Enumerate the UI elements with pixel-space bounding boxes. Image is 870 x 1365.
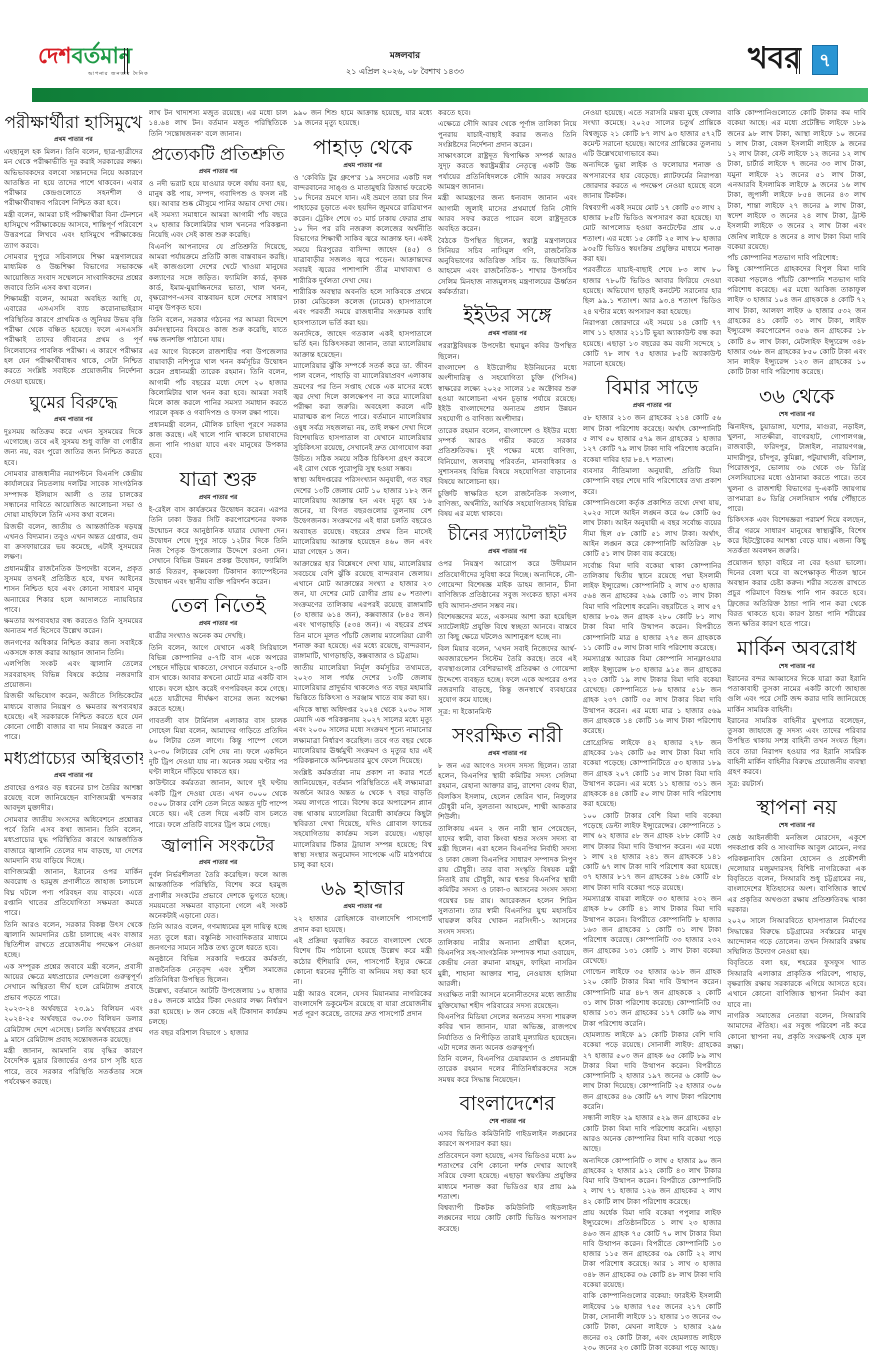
continued-from-label: প্রথম পাতার পর — [4, 414, 143, 425]
article-paragraph: ইরানের সামরিক বাহিনীর মুখপাত্র বলেছেন, ত… — [727, 716, 866, 778]
article-headline[interactable]: সংরক্ষিত নারী — [438, 722, 577, 748]
date-block: মঙ্গলবার ২১ এপ্রিল ২০২৬, ০৮ বৈশাখ ১৪৩৩ — [270, 48, 540, 79]
article-body: দুর্বল নির্ভরশীলতা তৈরি করেছিল। ফলে আজ আ… — [149, 870, 288, 1039]
article-paragraph: করতে হবে। — [438, 108, 577, 118]
logo-tagline: আপনার জনতার দৈনিক — [88, 71, 149, 79]
masthead-divider — [124, 48, 128, 74]
article-paragraph: দুঃসময় অতিক্রম করে এখন সুসময়ের দিকে এগ… — [4, 427, 143, 468]
article-paragraph: জাতীয় ম্যালেরিয়া নির্মূল কর্মসূচির তথ্… — [293, 663, 432, 704]
header-green-bar — [32, 88, 868, 102]
article: স্থাপনা নয়শেষ পাতার পরজেষ্ঠ আইনজীবী মনজ… — [727, 790, 866, 1053]
article-paragraph: জনগণের অধিকার নিশ্চিত করার জন্য সবাইকে এ… — [4, 638, 143, 659]
article-paragraph: লাখ টন খাদ্যশস্য মজুত রয়েছে। এর মধ্যে চ… — [149, 108, 288, 139]
article-body: নেওয়া হয়েছে। এতে সরাসরি মন্তব্য মুছে ফ… — [583, 108, 722, 369]
article-paragraph: তালিকায় এমন ২ জন নারী স্থান পেয়েছেন, য… — [438, 824, 577, 937]
news-column-5: নেওয়া হয়েছে। এতে সরাসরি মন্তব্য মুছে ফ… — [583, 108, 722, 1363]
article-paragraph: কাউন্টারে কর্মরতরা জানান, আগে দুই ঘণ্টায… — [149, 778, 288, 829]
article-paragraph: সমস্যাগ্রস্ত বায়রা লাইফে ৩৩ হাজার ২৩২ জ… — [583, 894, 722, 966]
article-paragraph: গোল্ডেন লাইফে ৩৫ হাজার ৬১৮ জন গ্রাহক ১২০… — [583, 967, 722, 1029]
article-paragraph: বিএনপির মিডিয়া সেলের অন্যতম সদস্য শায়র… — [438, 1012, 577, 1053]
article-paragraph: ২০২০ সালে সিআরবিতে হাসপাতাল নির্মাণের সি… — [727, 916, 866, 957]
article-paragraph: ও 'কেবিডি টুর গ্রুপে'র ১৯ সদস্যের একটি দ… — [293, 173, 432, 286]
article-headline[interactable]: ৩৬ থেকে — [727, 383, 866, 409]
article-paragraph: ম্যালেরিয়ার ঝুঁকি সম্পর্কে সতর্ক করে ডা… — [293, 361, 432, 474]
article-paragraph: নাগরিক সমাজের নেতারা বলেন, সিআরবি আমাদের… — [727, 1011, 866, 1052]
article-paragraph: রিজভী বলেন, জাতীয় ও আন্তর্জাতিক ষড়যন্ত… — [4, 522, 143, 563]
continued-from-label: প্রথম পাতার পর — [149, 618, 288, 629]
continued-from-label: প্রথম পাতার পর — [4, 134, 143, 145]
article-paragraph: প্রধানমন্ত্রী বলেন, মৌলিক চাহিদা পূরণে স… — [149, 420, 288, 461]
article-paragraph: বৈঠকে উপস্থিত ছিলেন, স্বরাষ্ট্র মন্ত্রণা… — [438, 236, 577, 298]
article-paragraph: ৮ জন এর আগেও সংসদ সদস্য ছিলেন। তারা হলেন… — [438, 761, 577, 823]
article-paragraph: পররাষ্ট্রবিষয়ক উপদেষ্টা হুমায়ুন কবির উ… — [438, 341, 577, 362]
article-paragraph: প্রতিবেদনে বলা হয়েছে, এসব ভিডিওর মধ্যে … — [438, 1151, 577, 1202]
article-paragraph: বাকি কোম্পানিগুলোতে কোটি টাকার কম দাবি ব… — [727, 108, 866, 252]
article-paragraph: হোমল্যান্ড লাইফে ৯১ কোটি টাকার বেশি দাবি… — [583, 1030, 722, 1112]
news-column-2: লাখ টন খাদ্যশস্য মজুত রয়েছে। এর মধ্যে চ… — [149, 108, 288, 1363]
article-paragraph: রিজভী অভিযোগ করেন, অতীতে সিন্ডিকেটের মাধ… — [4, 691, 143, 742]
article-headline[interactable]: পরীক্ষার্থীরা হাসিমুখে — [4, 112, 143, 134]
continued-from-label: প্রথম পাতার পর — [149, 857, 288, 868]
article-headline[interactable]: স্থাপনা নয় — [727, 794, 866, 820]
article-headline[interactable]: যাত্রা শুরু — [149, 466, 288, 492]
masthead: দেশবর্তমান আপনার জনতার দৈনিক মঙ্গলবার ২১… — [0, 0, 870, 88]
article-headline[interactable]: তেল নিতেই — [149, 592, 288, 618]
article-body: লাখ টন খাদ্যশস্য মজুত রয়েছে। এর মধ্যে চ… — [149, 108, 288, 139]
continued-from-label: শেষ পাতার পর — [727, 409, 866, 420]
article: জ্বালানি সংকটেরপ্রথম পাতার পরদুর্বল নির্… — [149, 831, 288, 1040]
continued-from-label: শেষ পাতার পর — [727, 661, 866, 672]
article-body: করতে হবে।এক্ষেত্রে সৌদি আরব থেকে পূর্ণাঙ… — [438, 108, 577, 297]
article-paragraph: ব্যবসার নীতিমালা অনুযায়ী, প্রতিটি বিমা … — [583, 466, 722, 497]
article: ৯৯০ জন শিশু হামে আক্রান্ত হয়েছে, যার মধ… — [293, 108, 432, 130]
article-headline[interactable]: ইইউর সঙ্গে — [438, 302, 577, 328]
section-title: খবর — [748, 43, 801, 75]
article-paragraph: এক্ষেত্রে সৌদি আরব থেকে পূর্ণাঙ্গ তালিকা… — [438, 119, 577, 150]
article-paragraph: বিশ্বব্যাপী টিকটক কমিউনিটি গাইডলাইন লঙ্ঘ… — [438, 1203, 577, 1234]
article-body: যাত্রীর সংখ্যাও অনেক কম দেখছি।তিনি বলেন,… — [149, 631, 288, 830]
continued-from-label: প্রথম পাতার পর — [293, 160, 432, 171]
article: বাকি কোম্পানিগুলোতে কোটি টাকার কম দাবি ব… — [727, 108, 866, 379]
continued-from-label: প্রথম পাতার পর — [293, 901, 432, 912]
article-paragraph: মন্ত্রী বলেন, আমরা চাই পরীক্ষার্থীরা বিন… — [4, 210, 143, 251]
article-paragraph: সংশ্লিষ্ট কর্মকর্তারা নাম প্রকাশ না করার… — [293, 768, 432, 871]
article-paragraph: পাঁচ কোম্পানির শতভাগ দাবি পরিশোধ: — [727, 253, 866, 263]
article-body: ৯৯০ জন শিশু হামে আক্রান্ত হয়েছে, যার মধ… — [293, 108, 432, 129]
news-column-4: করতে হবে।এক্ষেত্রে সৌদি আরব থেকে পূর্ণাঙ… — [438, 108, 577, 1363]
article-paragraph: আক্রান্তের হার বিশ্লেষণে দেখা যায়, ম্যা… — [293, 559, 432, 662]
continued-from-label: শেষ পাতার পর — [727, 820, 866, 831]
article-body: ৮ জন এর আগেও সংসদ সদস্য ছিলেন। তারা হলেন… — [438, 761, 577, 1085]
article-paragraph: এলপিজি সংকট এবং জ্বালানি তেলের সরবরাহসহ … — [4, 659, 143, 690]
article-paragraph: প্রধানমন্ত্রীর রাজনৈতিক উপদেষ্টা বলেন, প… — [4, 564, 143, 615]
article-paragraph: এক সম্পূরক প্রশ্নের জবাবে মন্ত্রী বলেন, … — [4, 962, 143, 1003]
article: তেল নিতেইপ্রথম পাতার পরযাত্রীর সংখ্যাও অ… — [149, 588, 288, 831]
article-paragraph: কোম্পানিগুলো কর্তৃক প্রকাশিত তথ্যে দেখা … — [583, 498, 722, 560]
article-paragraph: ১০০ কোটি টাকার বেশি বিমা দাবি বকেয়া পড়… — [583, 811, 722, 893]
article-paragraph: সূত্র: রয়টার্স। — [727, 779, 866, 789]
article-paragraph: ইরানের বন্দর আব্বাসের দিকে যাত্রা করা ইর… — [727, 674, 866, 715]
article-paragraph: অন্যদিকে ভুয়া লাইক ও ফলোয়ার শনাক্ত ও অ… — [583, 160, 722, 201]
article: ৬৯ হাজারপ্রথম পাতার পর২২ হাজার রোহিঙ্গাক… — [293, 871, 432, 1020]
article: পাহাড় থেকেপ্রথম পাতার পরও 'কেবিডি টুর গ… — [293, 130, 432, 872]
article-paragraph: প্রায় অর্ধেক বিমা দাবি বকেয়া পপুলার লা… — [583, 1208, 722, 1290]
continued-from-label: প্রথম পাতার পর — [149, 492, 288, 503]
article: পরীক্ষার্থীরা হাসিমুখেপ্রথম পাতার পরএহছা… — [4, 108, 143, 388]
article-headline[interactable]: জ্বালানি সংকটের — [149, 835, 288, 857]
article-paragraph: উল্লেখ্য, বর্তমানে আটটি উপজেলায় ১০ হাজা… — [149, 986, 288, 1027]
news-columns: পরীক্ষার্থীরা হাসিমুখেপ্রথম পাতার পরএহছা… — [4, 108, 866, 1363]
article-body: ও 'কেবিডি টুর গ্রুপে'র ১৯ সদস্যের একটি দ… — [293, 173, 432, 871]
article-paragraph: সমস্যাগ্রস্ত আরেক বিমা কোম্পানি সানফ্লাও… — [583, 654, 722, 736]
article-paragraph: ৫৮ হাজার ২১৩ জন গ্রাহকের ২১৪ কোটি ৫৬ লাখ… — [583, 413, 722, 464]
news-column-6: বাকি কোম্পানিগুলোতে কোটি টাকার কম দাবি ব… — [727, 108, 866, 1363]
article-body: ইরানের বন্দর আব্বাসের দিকে যাত্রা করা ইর… — [727, 674, 866, 789]
article-paragraph: এদিকে স্বাস্থ্য অধিদপ্তর ২০২৪ থেকে ২০৩০ … — [293, 705, 432, 767]
article-paragraph: বিল মিয়ার বলেন, 'এখন সবাই নিজেদের আর্থ-… — [438, 644, 577, 706]
article-paragraph: তিনি আরও বলেন, সরকার বিকল্প উৎস থেকে জ্ব… — [4, 920, 143, 961]
article-paragraph: সোমবার দুপুরে সচিবালয়ে শিক্ষা মন্ত্রণাল… — [4, 252, 143, 293]
article-paragraph: তিনি বলেন, বিএনপির চেয়ারম্যান ও প্রধানম… — [438, 1054, 577, 1085]
news-column-3: ৯৯০ জন শিশু হামে আক্রান্ত হয়েছে, যার মধ… — [293, 108, 432, 1363]
article-headline[interactable]: ৬৯ হাজার — [293, 875, 432, 901]
article-paragraph: মন্ত্রী জানান, আমদানি ব্যয় বৃদ্ধির কারণ… — [4, 1046, 143, 1087]
continued-from-label: প্রথম পাতার পর — [438, 748, 577, 759]
article-paragraph: স্বাস্থ্য অধিদপ্তরের পরিসংখ্যান অনুযায়ী… — [293, 475, 432, 557]
article-paragraph: সন্ধানী লাইফ ২৯ হাজার ৫২৯ জন গ্রাহকের ৫৮… — [583, 1113, 722, 1154]
continued-from-label: প্রথম পাতার পর — [438, 328, 577, 339]
article-paragraph: ওপর নিয়ন্ত্রণ আরোপ করে উদীয়মান প্রতিযো… — [438, 559, 577, 610]
article-paragraph: তালিকায় নারীর অন্যান্য প্রার্থীরা হলেন,… — [438, 938, 577, 989]
article-body: ও নদী ভরাট হয়ে যাওয়ার ফলে বর্ষায় বন্য… — [149, 179, 288, 461]
article-paragraph: প্রবাহের ওপরও বড় ধরনের চাপ তৈরির আশঙ্কা… — [4, 783, 143, 814]
article-paragraph: প্রয়োজন ছাড়া বাইরে না বের হওয়া ভালো। … — [727, 558, 866, 630]
article-paragraph: সোমবার রাজধানীর নয়াপল্টনে বিএনপি কেন্দ্… — [4, 469, 143, 520]
article-paragraph: ২০২৩-২৪ অর্থবছরে ২৩.৯১ বিলিয়ন এবং ২০২৪-… — [4, 1004, 143, 1045]
article-paragraph: সর্বোচ্চ বিমা দাবি বকেয়া থাকা কোম্পানির… — [583, 561, 722, 654]
article-paragraph: এহছানুল হক মিলন। তিনি বলেন, ছাত্র-ছাত্রী… — [4, 147, 143, 209]
news-column-1: পরীক্ষার্থীরা হাসিমুখেপ্রথম পাতার পরএহছা… — [4, 108, 143, 1363]
continued-from-label: প্রথম পাতার পর — [438, 546, 577, 557]
article-headline[interactable]: বিমার সাড়ে — [583, 374, 722, 400]
article: প্রত্যেকটি প্রতিশ্রুতিপ্রথম পাতার পরও নদ… — [149, 140, 288, 462]
article-paragraph: ৯৯০ জন শিশু হামে আক্রান্ত হয়েছে, যার মধ… — [293, 108, 432, 129]
article-paragraph: অন্যদিকে কোম্পানিটি ৩ লাখ ৫ হাজার ৯০ জন … — [583, 1156, 722, 1207]
article-body: ই-রেইল বাস কার্যক্রমের উদ্বোধন করেন। এরপ… — [149, 505, 288, 587]
article-paragraph: জেষ্ঠ আইনজীবী মনজিল মোরসেদ, একুশে পদকপ্র… — [727, 833, 866, 915]
article-paragraph: ঝিনাইদহ, চুয়াডাঙ্গা, যশোর, মাগুরা, নড়া… — [727, 422, 866, 515]
article-headline[interactable]: পাহাড় থেকে — [293, 134, 432, 160]
article-body: ওপর নিয়ন্ত্রণ আরোপ করে উদীয়মান প্রতিযো… — [438, 559, 577, 716]
article-paragraph: বিশেষজ্ঞদের মতে, একসময় আশা করা হয়েছিল … — [438, 612, 577, 643]
article-paragraph: নিরাপত্তা জোরদারে এই সময়ে ১৪ কোটি ৭৭ লা… — [583, 318, 722, 369]
article-paragraph: বাকি কোম্পানিগুলোর বকেয়া: ফারইস্ট ইসলাম… — [583, 1291, 722, 1353]
article: বিমার সাড়েপ্রথম পাতার পর৫৮ হাজার ২১৩ জন… — [583, 370, 722, 1354]
continued-from-label: শেষ পাতার পর — [438, 1116, 577, 1127]
article-paragraph: ২২ হাজার রোহিঙ্গাকে বাংলাদেশি পাসপোর্ট প… — [293, 914, 432, 935]
article-paragraph: যাত্রীর সংখ্যাও অনেক কম দেখছি। — [149, 631, 288, 641]
article-body: ৫৮ হাজার ২১৩ জন গ্রাহকের ২১৪ কোটি ৫৬ লাখ… — [583, 413, 722, 1353]
article-paragraph: ই-রেইল বাস কার্যক্রমের উদ্বোধন করেন। এরপ… — [149, 505, 288, 587]
article-paragraph: সূত্র: দ্য ইকোনমিস্ট — [438, 707, 577, 717]
article-headline[interactable]: বাংলাদেশের — [438, 1090, 577, 1116]
article-body: এসব ভিডিও কমিউনিটি গাইডলাইন লঙ্ঘনের কারণ… — [438, 1129, 577, 1234]
page-number-badge: ৭ — [812, 45, 838, 75]
article: লাখ টন খাদ্যশস্য মজুত রয়েছে। এর মধ্যে চ… — [149, 108, 288, 140]
article-headline[interactable]: চীনের স্যাটেলাইট — [438, 524, 577, 546]
article: চীনের স্যাটেলাইটপ্রথম পাতার পরওপর নিয়ন্… — [438, 520, 577, 717]
article-body: এহছানুল হক মিলন। তিনি বলেন, ছাত্র-ছাত্রী… — [4, 147, 143, 387]
article-paragraph: তারেক রহমান বলেন, বাংলাদেশ ও ইইউর মধ্যে … — [438, 426, 577, 488]
article: করতে হবে।এক্ষেত্রে সৌদি আরব থেকে পূর্ণাঙ… — [438, 108, 577, 298]
article-paragraph: প্রোগ্রেসিভ লাইফে ৪২ হাজার ২৭৮ জন গ্রাহক… — [583, 738, 722, 810]
article-paragraph: তিনি বলেন, সরকার গঠনের পর আমরা বিদেশে কর… — [149, 315, 288, 346]
article: ঘুমের বিরুদ্ধেপ্রথম পাতার পরদুঃসময় অতিক… — [4, 388, 143, 744]
article: মধ্যপ্রাচ্যের অস্থিরতায়প্রথম পাতার পরপ্… — [4, 744, 143, 1089]
article-paragraph: মন্ত্রী আমন্ত্রণের জন্য ধন্যবাদ জানান এব… — [438, 193, 577, 234]
article-body: বাকি কোম্পানিগুলোতে কোটি টাকার কম দাবি ব… — [727, 108, 866, 378]
article-body: পররাষ্ট্রবিষয়ক উপদেষ্টা হুমায়ুন কবির উ… — [438, 341, 577, 519]
article-headline[interactable]: মার্কিন অবরোধ — [727, 635, 866, 661]
article-paragraph: শিক্ষামন্ত্রী বলেন, আমরা অবহিত আছি যে, এ… — [4, 294, 143, 387]
article-paragraph: গাবতলী বাস টার্মিনাল এলাকার বাস চালক সোহ… — [149, 716, 288, 778]
article-paragraph: পরবর্তীতে যাচাই-বাছাই শেষে ৮৩ লাখ ৮০ হাজ… — [583, 265, 722, 316]
article-paragraph: গত বছর বরিশাল বিভাগে ১ হাজার — [149, 1028, 288, 1038]
article: বাংলাদেশেরশেষ পাতার পরএসব ভিডিও কমিউনিটি… — [438, 1086, 577, 1235]
logo-part-bortoman: বর্তমান — [72, 44, 132, 69]
article-paragraph: বিবৃতিতে বলা হয়, শহরের ফুসফুস খ্যাত সিআ… — [727, 958, 866, 1009]
article-body: ঝিনাইদহ, চুয়াডাঙ্গা, যশোর, মাগুরা, নড়া… — [727, 422, 866, 630]
weekday: মঙ্গলবার — [270, 48, 540, 63]
article-body: ২২ হাজার রোহিঙ্গাকে বাংলাদেশি পাসপোর্ট প… — [293, 914, 432, 1019]
article-paragraph: দুর্বল নির্ভরশীলতা তৈরি করেছিল। ফলে আজ আ… — [149, 870, 288, 921]
article-paragraph: চুক্তিটি স্বাক্ষরিত হলে রাজনৈতিক সংলাপ, … — [438, 489, 577, 520]
logo-part-desh: দেশ — [38, 44, 72, 69]
continued-from-label: প্রথম পাতার পর — [583, 400, 722, 411]
article: যাত্রা শুরুপ্রথম পাতার পরই-রেইল বাস কার্… — [149, 462, 288, 588]
article-headline[interactable]: ঘুমের বিরুদ্ধে — [4, 392, 143, 414]
article: মার্কিন অবরোধশেষ পাতার পরইরানের বন্দর আব… — [727, 631, 866, 790]
article-paragraph: বিশ্বব্যাপী একই সময়ে মোট ১৭ কোটি ৫৩ লাখ… — [583, 203, 722, 265]
article-paragraph: মন্ত্রী আরও বলেন, যেসব মিয়ানমার নাগরিকে… — [293, 989, 432, 1020]
article-paragraph: এই প্রক্রিয়া ত্বরান্বিত করতে বাংলাদেশ থ… — [293, 936, 432, 987]
article-body: দুঃসময় অতিক্রম করে এখন সুসময়ের দিকে এগ… — [4, 427, 143, 743]
article-headline[interactable]: প্রত্যেকটি প্রতিশ্রুতি — [149, 144, 288, 166]
masthead-divider — [796, 48, 800, 74]
article-paragraph: বিএনপি আপনাদের যে প্রতিশ্রুতি দিয়েছে, আ… — [149, 242, 288, 314]
article-paragraph: সোমবার জাতীয় সংসদের অধিবেশনে প্রশ্নোত্ত… — [4, 815, 143, 866]
article: নেওয়া হয়েছে। এতে সরাসরি মন্তব্য মুছে ফ… — [583, 108, 722, 370]
article-paragraph: অনুষ্ঠানে বিভিন্ন সরকারি দপ্তরের কর্মকর্… — [149, 954, 288, 985]
article-paragraph: তিনি আরও বলেন, গণমাধ্যমের মূল দায়িত্ব হ… — [149, 922, 288, 953]
article-paragraph: এর আগে বিকেলে রাজশাহীর পবা উপজেলার বায়া… — [149, 347, 288, 419]
article-paragraph: বাণিজ্যমন্ত্রী জানান, ইরানের ওপর মার্কিন… — [4, 867, 143, 918]
article-paragraph: ও নদী ভরাট হয়ে যাওয়ার ফলে বর্ষায় বন্য… — [149, 179, 288, 241]
article-paragraph: নেওয়া হয়েছে। এতে সরাসরি মন্তব্য মুছে ফ… — [583, 108, 722, 159]
article-headline[interactable]: মধ্যপ্রাচ্যের অস্থিরতায় — [4, 748, 143, 770]
article-body: প্রবাহের ওপরও বড় ধরনের চাপ তৈরির আশঙ্কা… — [4, 783, 143, 1088]
continued-from-label: প্রথম পাতার পর — [4, 770, 143, 781]
article-paragraph: কিছু কোম্পানিতে গ্রাহকদের বিপুল বিমা দাব… — [727, 264, 866, 377]
article-paragraph: সাক্ষাৎকালে রাষ্ট্রদূত দ্বিপাক্ষিক সম্পর… — [438, 151, 577, 192]
article-paragraph: তিনি বলেন, আগে যেখানে একই সিরিয়ালে বিভি… — [149, 643, 288, 715]
article-paragraph: বাংলাদেশ ও ইউরোপীয় ইউনিয়নের মধ্যে অংশী… — [438, 363, 577, 425]
article: ইইউর সঙ্গেপ্রথম পাতার পরপররাষ্ট্রবিষয়ক … — [438, 298, 577, 520]
article-paragraph: সংরক্ষিত নারী আসনে মনোনীতদের মধ্যে জাতীয… — [438, 990, 577, 1011]
article: সংরক্ষিত নারীপ্রথম পাতার পর৮ জন এর আগেও … — [438, 718, 577, 1086]
article-paragraph: শারীরিক অবস্থার অবনতি হলে সাকিবকে প্রথমে… — [293, 287, 432, 328]
date-line: ২১ এপ্রিল ২০২৬, ০৮ বৈশাখ ১৪৩৩ — [270, 66, 540, 79]
article-paragraph: চিকিৎসক এবং বিশেষজ্ঞরা পরামর্শ দিয়ে বলছ… — [727, 515, 866, 556]
article-body: জেষ্ঠ আইনজীবী মনজিল মোরসেদ, একুশে পদকপ্র… — [727, 833, 866, 1052]
article: ৩৬ থেকেশেষ পাতার পরঝিনাইদহ, চুয়াডাঙ্গা,… — [727, 379, 866, 631]
article-paragraph: ক্ষমতার অপব্যবহার বন্ধ করতেও তিনি সুসময়… — [4, 616, 143, 637]
newspaper-logo[interactable]: দেশবর্তমান — [38, 46, 132, 68]
article-paragraph: অন্যদিকে, জাহেদ গতকাল একই হাসপাতালে ভর্ত… — [293, 329, 432, 360]
continued-from-label: প্রথম পাতার পর — [149, 166, 288, 177]
article-paragraph: এসব ভিডিও কমিউনিটি গাইডলাইন লঙ্ঘনের কারণ… — [438, 1129, 577, 1150]
